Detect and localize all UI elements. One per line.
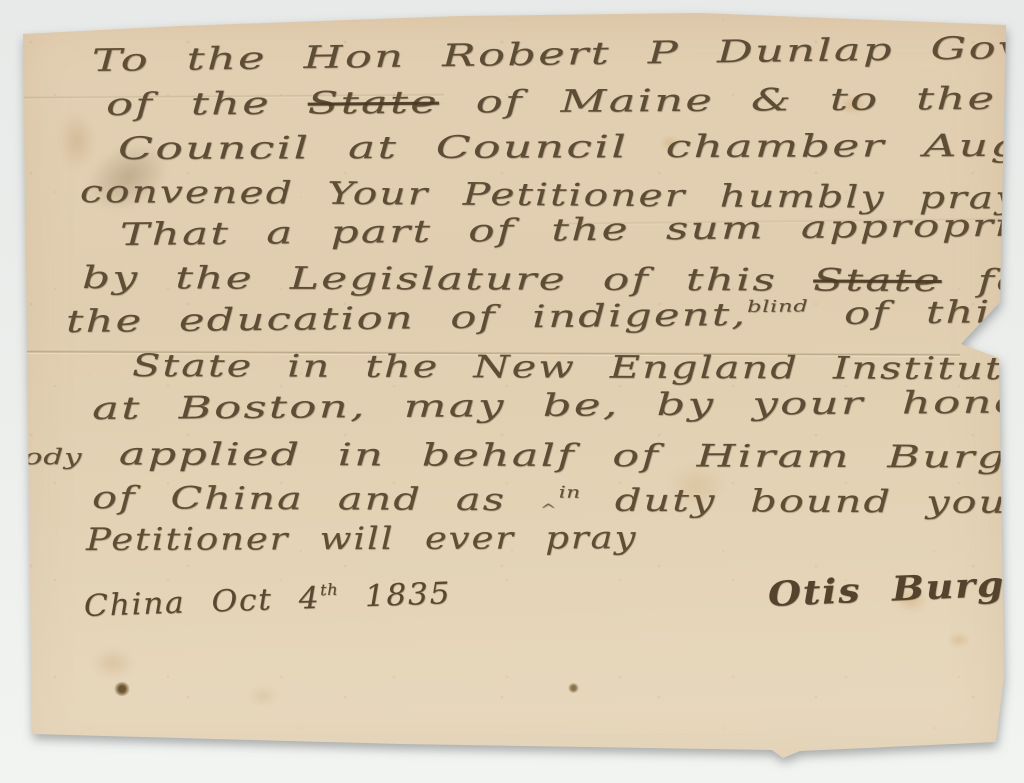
- stain: [92, 648, 134, 678]
- stain: [948, 632, 970, 648]
- line-text: of this: [808, 294, 1016, 332]
- line-text: That a part of the sum appropriated: [120, 207, 1024, 253]
- line-text: To the Hon Robert P Dunlap Governor of: [92, 27, 1024, 79]
- superscript-text: th: [320, 581, 339, 600]
- line-text: of China and as: [92, 480, 540, 518]
- line-text: of the: [106, 86, 308, 123]
- line-text: at Boston, may be, by your honorable: [92, 384, 1024, 427]
- caret-mark: ^: [540, 500, 559, 518]
- signature-text: Otis Burgess: [767, 562, 1024, 615]
- line-text: the education of indigent,: [66, 297, 748, 340]
- dateline-text: 1835: [338, 576, 452, 615]
- manuscript-line-8: State in the New England Institution: [132, 349, 1024, 388]
- line-text: applied in behalf of Hiram Burgess: [82, 436, 1024, 476]
- struck-word: State: [813, 263, 942, 299]
- manuscript-line-12: Petitioner will ever pray: [86, 521, 637, 559]
- line-text: Petitioner will ever pray: [86, 520, 637, 558]
- scanned-document-photo: To the Hon Robert P Dunlap Governor of o…: [0, 0, 1024, 783]
- manuscript-line-3: Council at Council chamber Augta: [118, 129, 1024, 168]
- stain: [60, 112, 94, 170]
- document-paper: To the Hon Robert P Dunlap Governor of o…: [0, 0, 1024, 783]
- manuscript-line-5: That a part of the sum appropriated: [120, 208, 1024, 254]
- line-text: Council at Council chamber Aug: [118, 128, 1022, 167]
- manuscript-line-10: body applied in behalf of Hiram Burgess: [3, 437, 1024, 476]
- signature: Otis Burgess: [767, 563, 1024, 616]
- inserted-word: blind: [747, 296, 809, 316]
- manuscript-line-6: by the Legislature of this State for: [82, 261, 1024, 300]
- manuscript-line-9: at Boston, may be, by your honorable: [92, 385, 1024, 428]
- stain: [568, 683, 579, 693]
- line-text: State in the New England Institution: [132, 348, 1024, 387]
- manuscript-line-11: of China and as ^in duty bound your: [92, 481, 1024, 522]
- stain: [114, 682, 130, 696]
- stain: [322, 2, 377, 20]
- line-text: by the Legislature of this: [82, 260, 813, 299]
- struck-word: State: [308, 85, 439, 122]
- inserted-word: in: [559, 483, 581, 502]
- manuscript-line-1: To the Hon Robert P Dunlap Governor of: [92, 28, 1024, 80]
- manuscript-line-7: the education of indigent,blind of this: [66, 295, 1016, 341]
- paper-shadow-wrapper: To the Hon Robert P Dunlap Governor of o…: [0, 0, 1024, 783]
- dateline-text: China Oct 4: [83, 581, 321, 624]
- line-text: duty bound your: [581, 483, 1024, 521]
- manuscript-line-2: of the State of Maine & to the Hon: [106, 81, 1024, 124]
- stain: [248, 686, 278, 706]
- line-text: of Maine & to the Hon: [439, 80, 1024, 121]
- dateline: China Oct 4th 1835: [83, 577, 451, 624]
- margin-word: body: [3, 445, 82, 470]
